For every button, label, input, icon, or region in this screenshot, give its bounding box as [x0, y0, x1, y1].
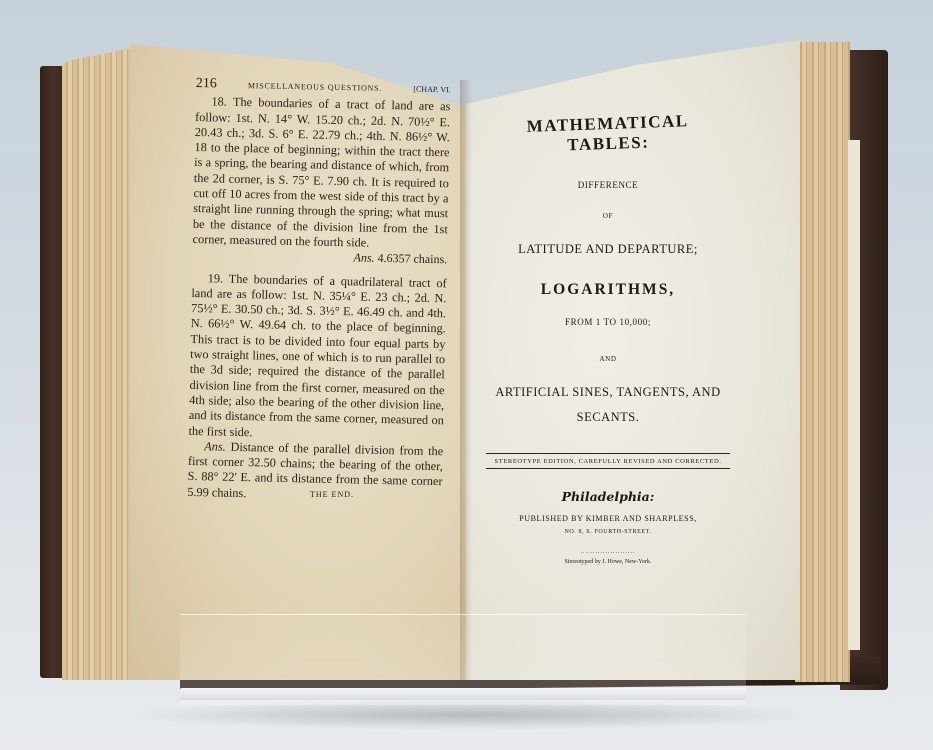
problem-19: 19. The boundaries of a quadrilateral tr… — [188, 271, 446, 445]
rule-top — [486, 453, 730, 454]
problem-18: 18. The boundaries of a tract of land ar… — [192, 94, 450, 252]
subtitle-of: OF — [488, 212, 728, 220]
subtitle-difference: DIFFERENCE — [488, 180, 728, 190]
chapter-mark: [CHAP. VI. — [413, 82, 451, 98]
imprint-address: NO. 8, S. FOURTH-STREET. — [488, 529, 728, 535]
book-title: MATHEMATICAL TABLES: — [487, 110, 728, 158]
edition-note: STEREOTYPE EDITION, CAREFULLY REVISED AN… — [488, 458, 728, 465]
problem-number: 19. — [208, 271, 224, 285]
imprint-publisher: PUBLISHED BY KIMBER AND SHARPLESS, — [488, 514, 728, 523]
answer-label: Ans. — [353, 251, 374, 265]
subtitle-logarithms: LOGARITHMS, — [488, 281, 728, 299]
stereotyper-note: Stereotyped by J. Howe, New-York. — [488, 559, 728, 565]
subtitle-latitude: LATITUDE AND DEPARTURE; — [488, 242, 728, 257]
page-number: 216 — [196, 76, 217, 92]
book-cover-left — [40, 66, 62, 678]
problem-text: The boundaries of a tract of land are as… — [192, 95, 450, 250]
left-page-text: 216 MISCELLANEOUS QUESTIONS. [CHAP. VI. … — [187, 76, 451, 505]
subtitle-and: AND — [488, 355, 728, 363]
answer-label: Ans. — [204, 439, 226, 453]
answer-text: 4.6357 chains. — [377, 251, 447, 266]
rule-bottom — [486, 468, 730, 469]
page-edges-left — [62, 48, 134, 680]
running-title: MISCELLANEOUS QUESTIONS. — [248, 78, 383, 96]
subtitle-range: FROM 1 TO 10,000; — [488, 317, 728, 327]
imprint-city: Philadelphia: — [488, 489, 728, 504]
problem-number: 18. — [211, 95, 227, 109]
problem-text: The boundaries of a quadrilateral tract … — [188, 271, 446, 438]
book-gutter — [460, 80, 472, 680]
inserted-leaf — [848, 140, 860, 650]
the-end: THE END. — [310, 490, 354, 499]
ornament-dots: ...................... — [488, 549, 728, 555]
page-edges-right — [795, 42, 850, 682]
title-page: MATHEMATICAL TABLES: DIFFERENCE OF LATIT… — [488, 100, 728, 565]
acrylic-stand-lip — [180, 688, 746, 700]
subtitle-sines: ARTIFICIAL SINES, TANGENTS, AND — [488, 385, 728, 400]
subtitle-secants: SECANTS. — [488, 410, 728, 425]
